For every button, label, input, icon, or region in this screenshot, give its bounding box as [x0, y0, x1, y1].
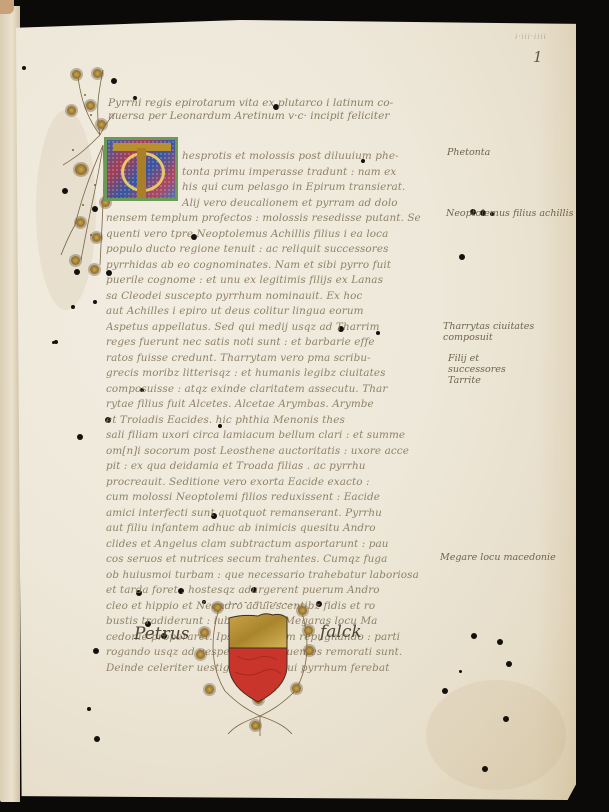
- marginal-note: Megare locu macedonie: [440, 552, 556, 563]
- text-line: pit : ex qua deidamia et Troada filias .…: [106, 459, 444, 475]
- text-line: sa Cleodei suscepto pyrrhum nominauit. E…: [106, 289, 444, 305]
- text-line: Aspetus appellatus. Sed qui medij usqz a…: [106, 320, 444, 336]
- gold-boss-ornament: [298, 606, 307, 615]
- text-line: aut filiu infantem adhuc ab inimicis que…: [106, 521, 444, 537]
- owner-name-last: falck: [320, 622, 362, 642]
- gold-boss-ornament: [93, 69, 102, 78]
- rubric-line: nuersa per Leonardum Aretinum v·c· incip…: [108, 110, 438, 123]
- text-line: clides et Angelus clam subtractum asport…: [106, 537, 444, 553]
- binding-corner: [0, 0, 14, 14]
- shelfmark: i·iii·iiii: [515, 32, 547, 41]
- text-line: et Troiadis Eacides. hic phthia Menonis …: [106, 413, 444, 429]
- gold-boss-ornament: [304, 626, 313, 635]
- gold-boss-ornament: [90, 265, 99, 274]
- text-line: ob huiusmoi turbam : que necessario trah…: [106, 568, 444, 584]
- text-line: grecis moribz litterisqz : et humanis le…: [106, 366, 444, 382]
- marginal-note: Filij et successores Tarrite: [448, 353, 538, 386]
- heraldic-shield: [227, 612, 289, 704]
- marginal-note: Neoptolemus filius achillis: [446, 208, 574, 219]
- gold-boss-ornament: [75, 164, 87, 175]
- gold-boss-ornament: [200, 628, 209, 637]
- gold-boss-ornament: [97, 120, 106, 129]
- owner-name-first: Petrus: [134, 624, 189, 644]
- marginal-note: Tharrytas ciuitates composuit: [443, 321, 538, 343]
- text-line: quenti vero tpre Neoptolemus Achillis fi…: [106, 227, 444, 243]
- gold-boss-ornament: [292, 684, 301, 693]
- text-line: om[n]i socorum post Leosthene auctoritat…: [106, 444, 444, 460]
- text-line: populo ducto regione tenuit : ac reliqui…: [106, 242, 444, 258]
- text-line: hesprotis et molossis post diluuium phe-: [106, 149, 444, 165]
- text-line: pyrrhidas ab eo cognominates. Nam et sib…: [106, 258, 444, 274]
- gold-boss-ornament: [251, 721, 260, 730]
- text-line: cum molossi Neoptolemi filios reduxissen…: [106, 490, 444, 506]
- text-line: procreauit. Seditione vero exorta Eacide…: [106, 475, 444, 491]
- text-line: sali filiam uxori circa lamiacum bellum …: [106, 428, 444, 444]
- text-line: cos seruos et nutrices secum trahentes. …: [106, 552, 444, 568]
- text-line: composuisse : atqz exinde claritatem ass…: [106, 382, 444, 398]
- gold-boss-ornament: [196, 650, 205, 659]
- text-line: reges fuerunt nec satis noti sunt : et b…: [106, 335, 444, 351]
- folio-number: 1: [533, 48, 543, 66]
- gold-boss-ornament: [76, 218, 85, 227]
- text-line: amici interfecti sunt quotquot remansera…: [106, 506, 444, 522]
- text-line: aut Achilles i epiro ut deus colitur lin…: [106, 304, 444, 320]
- gold-boss-ornament: [213, 603, 222, 612]
- marginal-note: Phetonta: [447, 147, 490, 158]
- gold-boss-ornament: [92, 233, 101, 242]
- rubric-heading: Pyrrhi regis epirotarum vita ex plutarco…: [108, 97, 438, 123]
- text-line: Alij vero deucalionem et pyrram ad dolo: [106, 196, 444, 212]
- rubric-line: Pyrrhi regis epirotarum vita ex plutarco…: [108, 97, 438, 110]
- foxing-stain: [426, 680, 566, 790]
- gold-boss-ornament: [71, 256, 80, 265]
- text-line: his qui cum pelasgo in Epirum transierat…: [106, 180, 444, 196]
- text-line: puerile cognome : et unu ex legitimis fi…: [106, 273, 444, 289]
- gold-boss-ornament: [305, 646, 314, 655]
- gold-boss-ornament: [86, 101, 95, 110]
- gold-boss-ornament: [72, 70, 81, 79]
- text-line: tonta primu imperasse tradunt : nam ex: [106, 165, 444, 181]
- text-line: rytae filius fuit Alcetes. Alcetae Arymb…: [106, 397, 444, 413]
- gold-boss-ornament: [205, 685, 214, 694]
- gold-boss-ornament: [67, 106, 76, 115]
- text-line: ratos fuisse credunt. Tharrytam vero pma…: [106, 351, 444, 367]
- text-line: nensem templum profectos : molossis rese…: [106, 211, 444, 227]
